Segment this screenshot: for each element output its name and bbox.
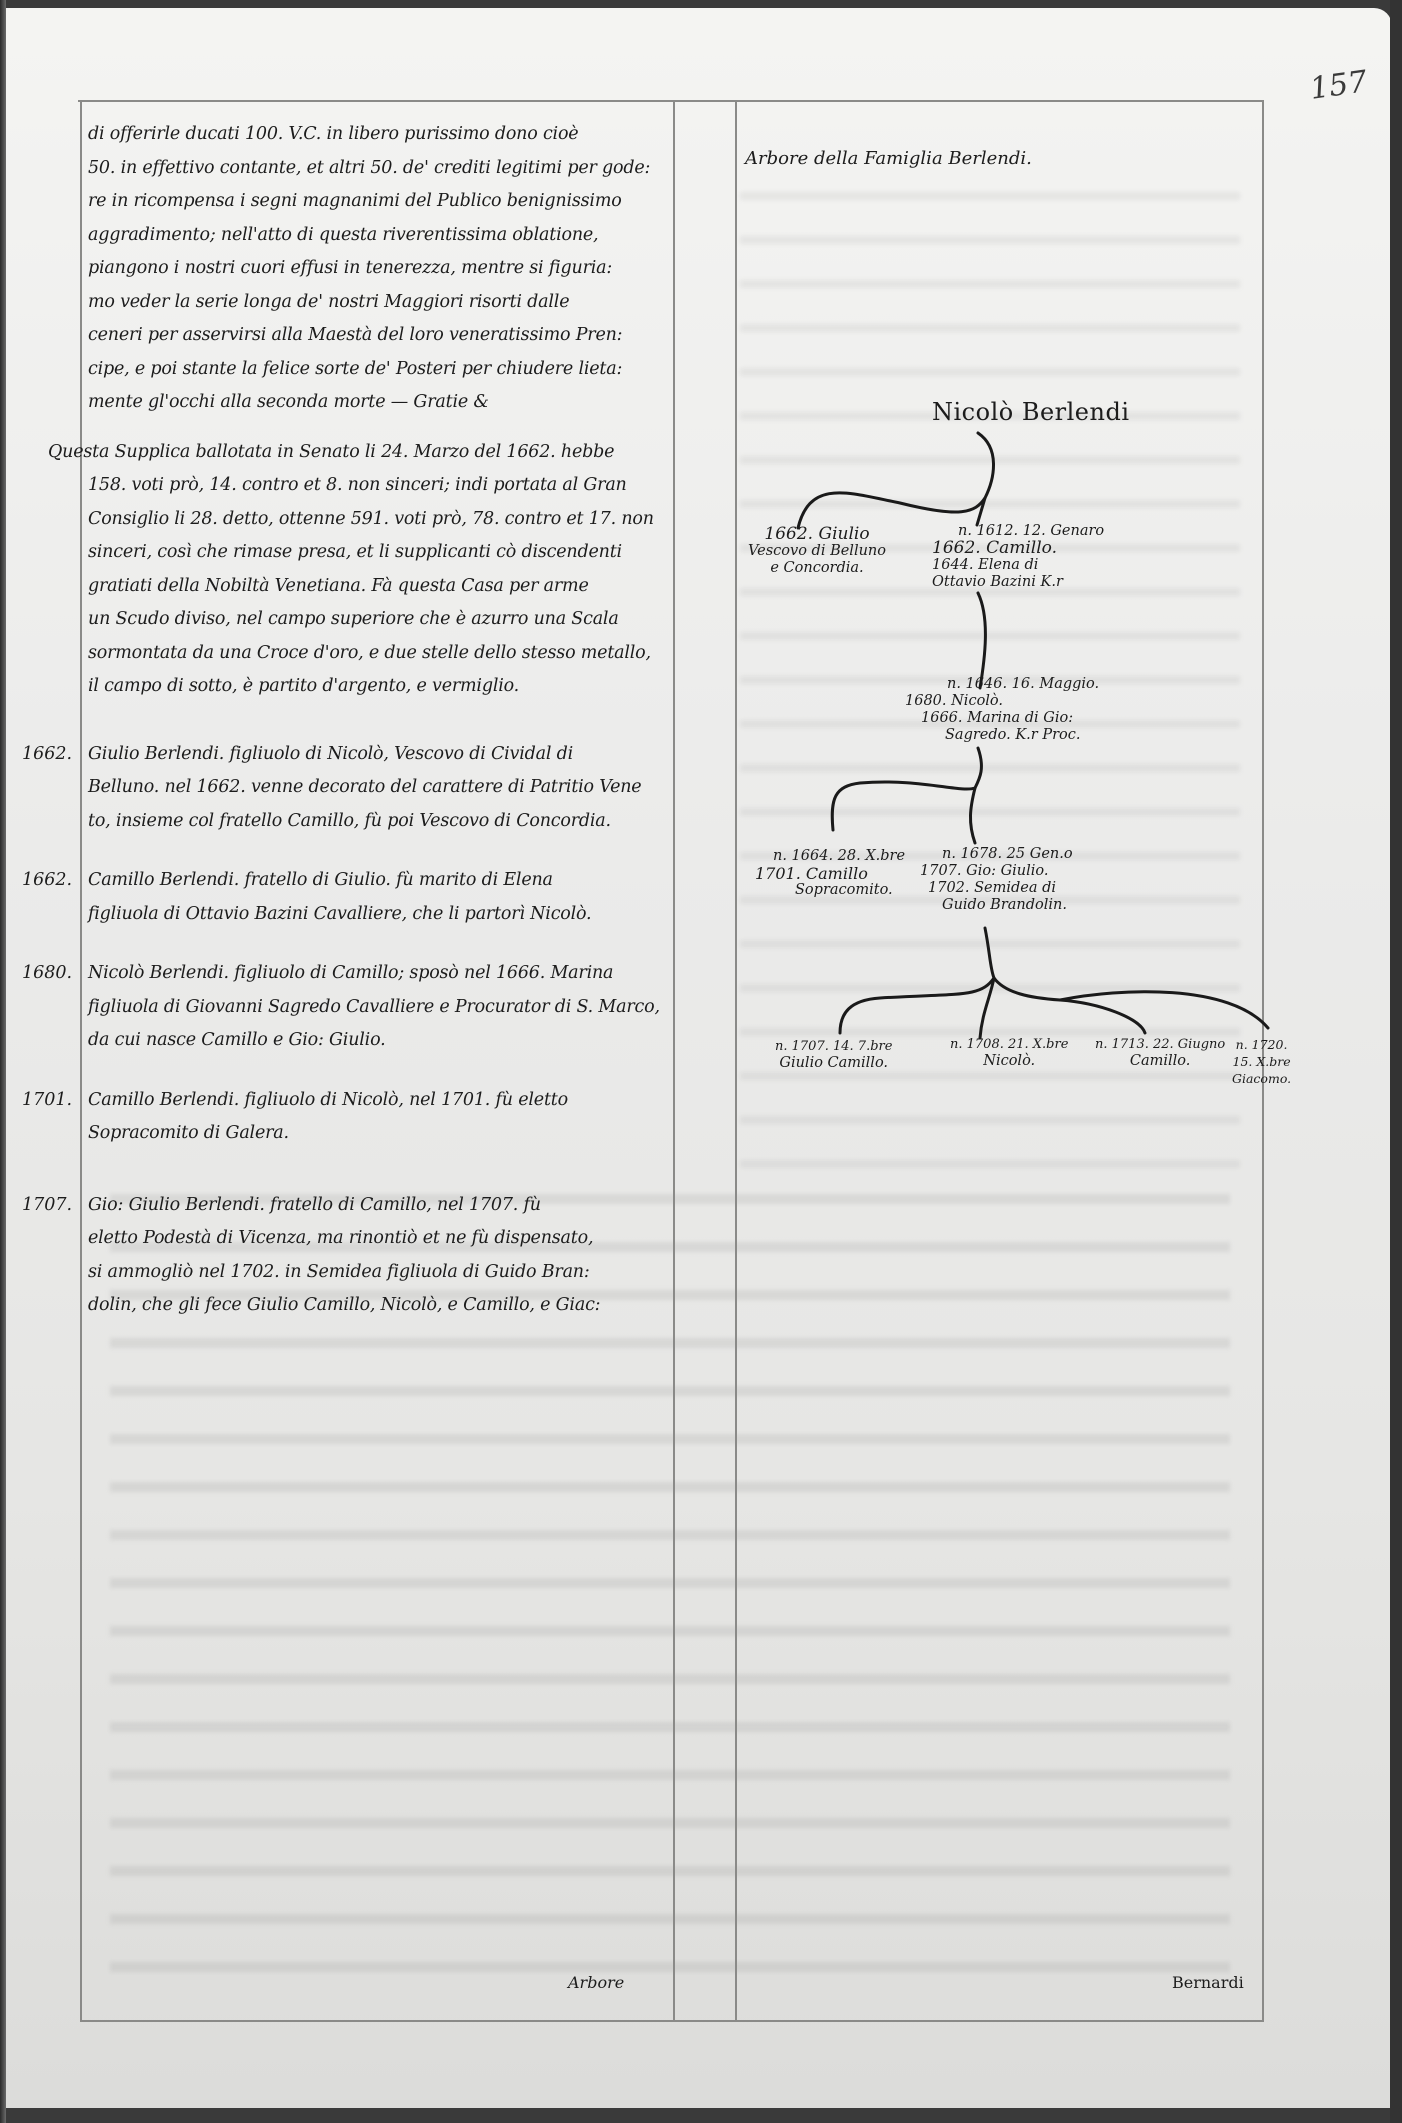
node-line: 1680. Nicolò. bbox=[905, 693, 1099, 710]
node-line: 1701. Camillo bbox=[755, 865, 905, 882]
node-line: 1662. Giulio bbox=[748, 526, 886, 543]
node-line: 1702. Semidea di bbox=[920, 880, 1073, 897]
tree-node-giulio-camillo: n. 1707. 14. 7.bre Giulio Camillo. bbox=[775, 1038, 892, 1072]
node-line: Guido Brandolin. bbox=[920, 897, 1073, 914]
tree-node-camillo: n. 1612. 12. Genaro 1662. Camillo. 1644.… bbox=[932, 523, 1104, 591]
node-line: n. 1708. 21. X.bre bbox=[950, 1036, 1068, 1053]
node-line: n. 1678. 25 Gen.o bbox=[920, 846, 1073, 863]
node-line: Nicolò. bbox=[950, 1053, 1068, 1070]
node-line: Sagredo. K.r Proc. bbox=[905, 727, 1099, 744]
node-line: n. 1713. 22. Giugno bbox=[1095, 1036, 1225, 1053]
tree-node-camillo-jr: n. 1713. 22. Giugno Camillo. bbox=[1095, 1036, 1225, 1070]
node-line: Giacomo. bbox=[1232, 1070, 1291, 1087]
tree-node-nicolo-jr: n. 1708. 21. X.bre Nicolò. bbox=[950, 1036, 1068, 1070]
node-line: 1707. Gio: Giulio. bbox=[920, 863, 1073, 880]
tree-node-giulio-bishop: 1662. Giulio Vescovo di Belluno e Concor… bbox=[748, 526, 886, 577]
node-line: n. 1720. bbox=[1232, 1036, 1291, 1053]
node-line: n. 1664. 28. X.bre bbox=[755, 848, 905, 865]
node-line: Ottavio Bazini K.r bbox=[932, 574, 1104, 591]
tree-node-nicolo: n. 1646. 16. Maggio. 1680. Nicolò. 1666.… bbox=[905, 676, 1099, 744]
node-line: 1644. Elena di bbox=[932, 557, 1104, 574]
node-line: Giulio Camillo. bbox=[775, 1055, 892, 1072]
footer-catchword-left: Arbore bbox=[568, 1973, 624, 1992]
manuscript-page: 157 di offerirle ducati 100. V.C. in lib… bbox=[0, 8, 1392, 2108]
tree-node-gio-giulio: n. 1678. 25 Gen.o 1707. Gio: Giulio. 170… bbox=[920, 846, 1073, 914]
node-line: 1662. Camillo. bbox=[932, 540, 1104, 557]
node-line: e Concordia. bbox=[748, 560, 886, 577]
node-line: 1666. Marina di Gio: bbox=[905, 710, 1099, 727]
node-line: Vescovo di Belluno bbox=[748, 543, 886, 560]
right-page-edge bbox=[1390, 0, 1402, 2123]
tree-root-node: Nicolò Berlendi bbox=[932, 398, 1130, 426]
node-line: Camillo. bbox=[1095, 1053, 1225, 1070]
tree-node-camillo-sopracomito: n. 1664. 28. X.bre 1701. Camillo Sopraco… bbox=[755, 848, 905, 899]
node-line: Sopracomito. bbox=[755, 882, 905, 899]
node-line: n. 1707. 14. 7.bre bbox=[775, 1038, 892, 1055]
node-line: n. 1646. 16. Maggio. bbox=[905, 676, 1099, 693]
footer-catchword-right: Bernardi bbox=[1172, 1973, 1244, 1992]
node-line: 15. X.bre bbox=[1232, 1053, 1291, 1070]
tree-node-giacomo: n. 1720. 15. X.bre Giacomo. bbox=[1232, 1036, 1291, 1087]
binding-edge bbox=[0, 0, 6, 2123]
